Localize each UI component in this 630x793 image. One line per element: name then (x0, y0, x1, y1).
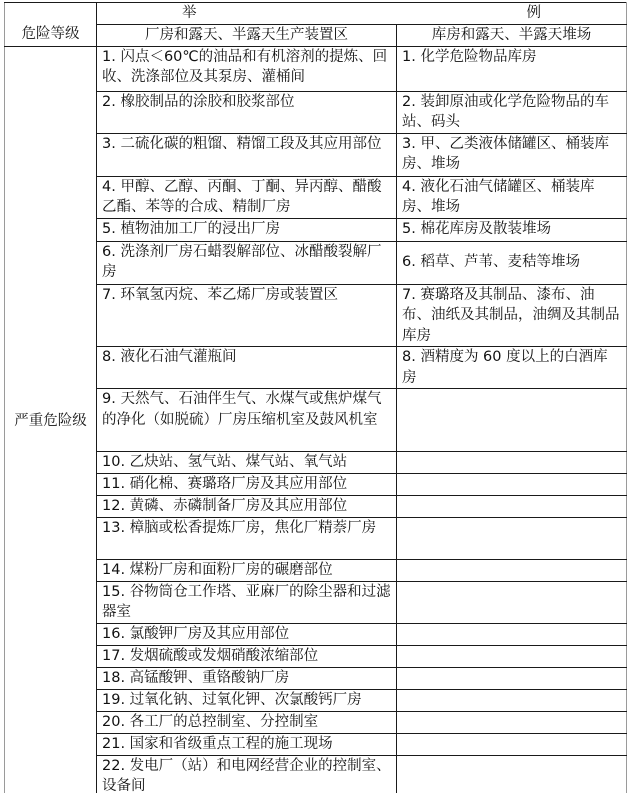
header-production: 厂房和露天、半露天生产装置区 (97, 25, 397, 47)
production-item: 9. 天然气、石油伴生气、水煤气或焦炉煤气的净化（如脱硫）厂房压缩机室及鼓风机室 (97, 389, 397, 452)
header-examples: 举例 (97, 3, 627, 25)
production-item: 18. 高锰酸钾、重铬酸钠厂房 (97, 667, 397, 689)
storage-item (397, 559, 627, 581)
storage-item (397, 581, 627, 623)
storage-item: 7. 赛璐珞及其制品、漆布、油布、油纸及其制品，油绸及其制品库房 (397, 284, 627, 347)
storage-item (397, 755, 627, 793)
production-item: 11. 硝化棉、赛璐珞厂房及其应用部位 (97, 474, 397, 496)
storage-item (397, 689, 627, 711)
storage-item: 8. 酒精度为 60 度以上的白酒库房 (397, 347, 627, 389)
production-item: 21. 国家和省级重点工程的施工现场 (97, 733, 397, 755)
storage-item (397, 389, 627, 452)
production-item: 5. 植物油加工厂的浸出厂房 (97, 218, 397, 241)
storage-item (397, 452, 627, 474)
storage-item (397, 667, 627, 689)
production-item: 1. 闪点＜60℃的油品和有机溶剂的提炼、回收、洗涤部位及其泵房、灌桶间 (97, 46, 397, 91)
production-item: 10. 乙炔站、氢气站、煤气站、氧气站 (97, 452, 397, 474)
storage-item (397, 517, 627, 559)
hazard-classification-table: 危险等级 举例 厂房和露天、半露天生产装置区 库房和露天、半露天堆场 严重危险级… (4, 2, 627, 793)
storage-item (397, 645, 627, 667)
storage-item (397, 474, 627, 496)
storage-item: 5. 棉花库房及散装堆场 (397, 218, 627, 241)
header-level: 危险等级 (5, 3, 97, 47)
storage-item: 6. 稻草、芦苇、麦秸等堆场 (397, 241, 627, 284)
production-item: 8. 液化石油气灌瓶间 (97, 347, 397, 389)
production-item: 13. 樟脑或松香提炼厂房，焦化厂精萘厂房 (97, 517, 397, 559)
storage-item: 4. 液化石油气储罐区、桶装库房、堆场 (397, 176, 627, 218)
storage-item (397, 733, 627, 755)
production-item: 19. 过氧化钠、过氧化钾、次氯酸钙厂房 (97, 689, 397, 711)
storage-item: 2. 装卸原油或化学危险物品的车站、码头 (397, 91, 627, 133)
production-item: 2. 橡胶制品的涂胶和胶浆部位 (97, 91, 397, 133)
header-examples-left: 举 (182, 3, 197, 24)
header-storage: 库房和露天、半露天堆场 (397, 25, 627, 47)
production-item: 16. 氯酸钾厂房及其应用部位 (97, 623, 397, 645)
production-item: 12. 黄磷、赤磷制备厂房及其应用部位 (97, 495, 397, 517)
storage-item: 3. 甲、乙类液体储罐区、桶装库房、堆场 (397, 133, 627, 176)
production-item: 4. 甲醇、乙醇、丙酮、丁酮、异丙醇、醋酸乙酯、苯等的合成、精制厂房 (97, 176, 397, 218)
storage-item (397, 495, 627, 517)
level-cell: 严重危险级 (5, 46, 97, 793)
production-item: 7. 环氧氢丙烷、苯乙烯厂房或装置区 (97, 284, 397, 347)
production-item: 17. 发烟硫酸或发烟硝酸浓缩部位 (97, 645, 397, 667)
storage-item (397, 711, 627, 733)
storage-item: 1. 化学危险物品库房 (397, 46, 627, 91)
production-item: 22. 发电厂（站）和电网经营企业的控制室、设备间 (97, 755, 397, 793)
storage-item (397, 623, 627, 645)
production-item: 20. 各工厂的总控制室、分控制室 (97, 711, 397, 733)
production-item: 6. 洗涤剂厂房石蜡裂解部位、冰醋酸裂解厂房 (97, 241, 397, 284)
production-item: 3. 二硫化碳的粗馏、精馏工段及其应用部位 (97, 133, 397, 176)
header-examples-label: 举例 (97, 3, 626, 24)
header-examples-right: 例 (527, 3, 542, 24)
production-item: 14. 煤粉厂房和面粉厂房的碾磨部位 (97, 559, 397, 581)
production-item: 15. 谷物筒仓工作塔、亚麻厂的除尘器和过滤器室 (97, 581, 397, 623)
